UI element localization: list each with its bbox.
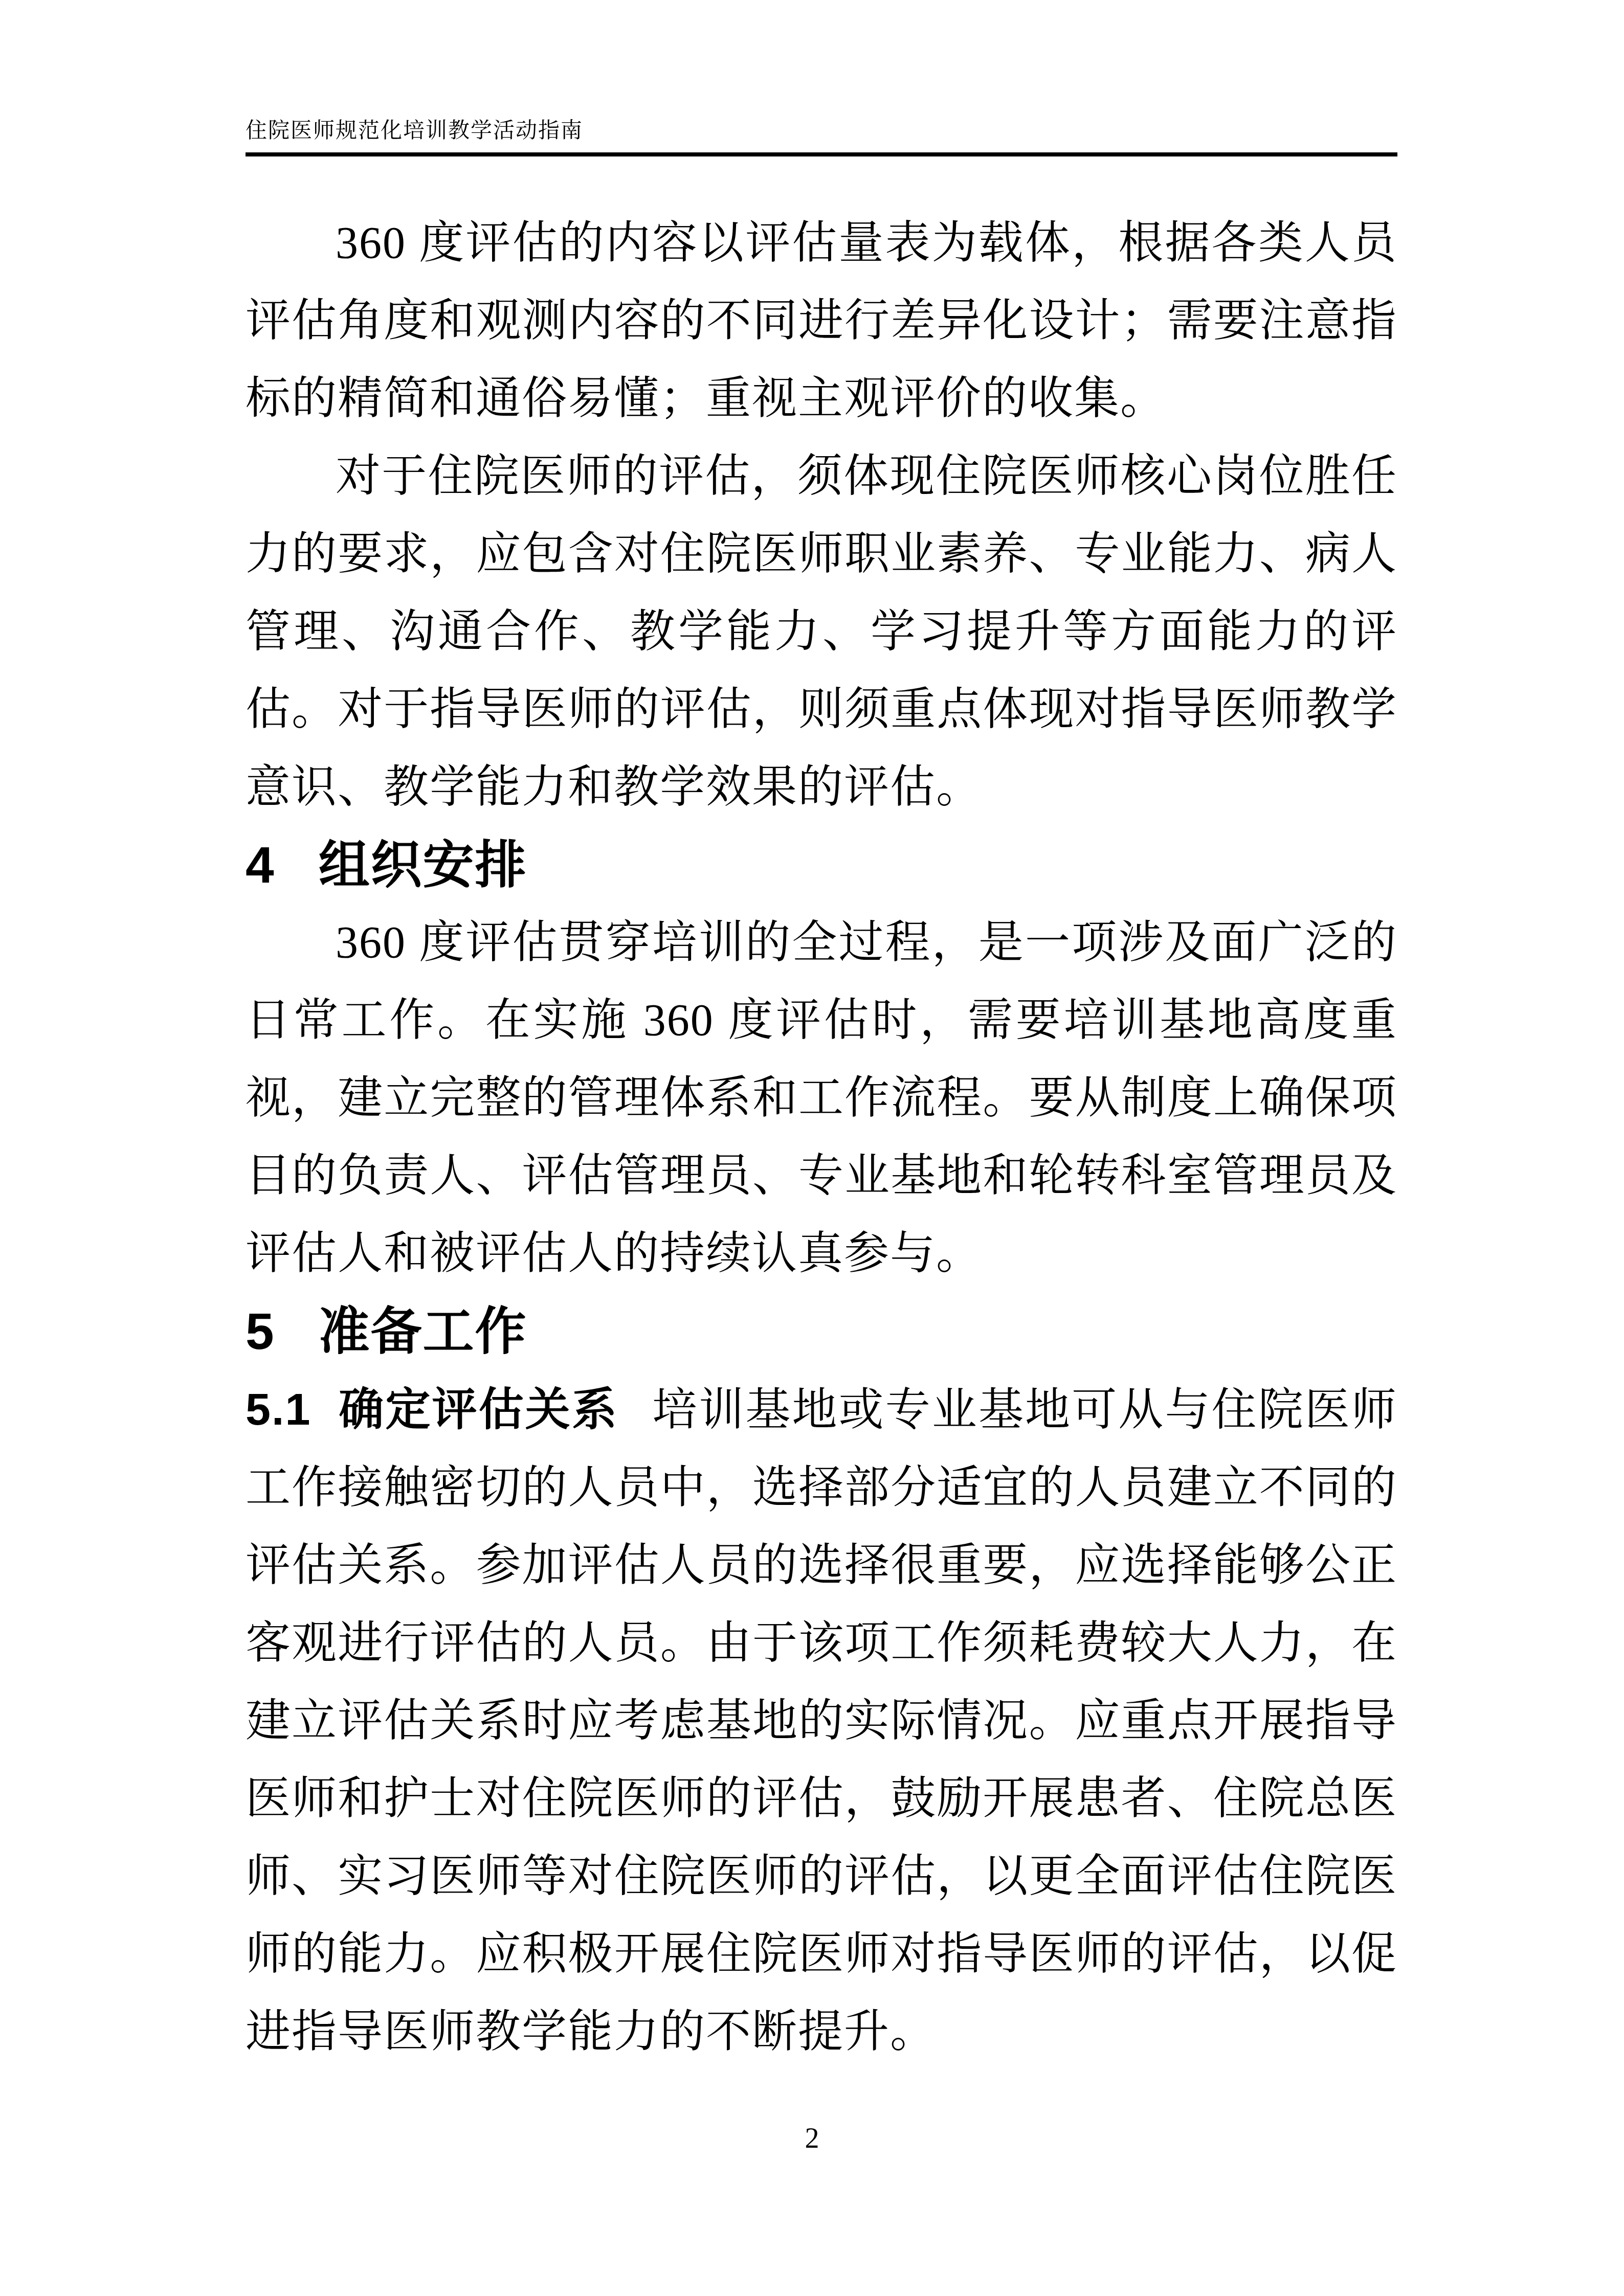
page-number: 2 (0, 2122, 1624, 2155)
section-heading-4: 4组织安排 (246, 826, 1397, 904)
page-footer: 2 (0, 2122, 1624, 2155)
page-header: 住院医师规范化培训教学活动指南 (246, 119, 1397, 156)
section-heading-5: 5准备工作 (246, 1293, 1397, 1370)
paragraph-360-content: 360 度评估的内容以评估量表为载体，根据各类人员评估角度和观测内容的不同进行差… (246, 205, 1397, 438)
section-5-number: 5 (246, 1303, 275, 1360)
header-rule (246, 152, 1397, 156)
section-5-title: 准备工作 (319, 1303, 527, 1360)
document-page: 住院医师规范化培训教学活动指南 360 度评估的内容以评估量表为载体，根据各类人… (0, 0, 1624, 2296)
subsection-5-1-title: 确定评估关系 (338, 1384, 618, 1434)
document-body: 360 度评估的内容以评估量表为载体，根据各类人员评估角度和观测内容的不同进行差… (246, 205, 1397, 2071)
subsection-5-1-text: 培训基地或专业基地可从与住院医师工作接触密切的人员中，选择部分适宜的人员建立不同… (246, 1385, 1397, 2057)
section-4-title: 组织安排 (319, 837, 527, 894)
section-4-number: 4 (246, 837, 275, 894)
paragraph-organization: 360 度评估贯穿培训的全过程，是一项涉及面广泛的日常工作。在实施 360 度评… (246, 904, 1397, 1293)
paragraph-resident-evaluation: 对于住院医师的评估，须体现住院医师核心岗位胜任力的要求，应包含对住院医师职业素养… (246, 438, 1397, 826)
running-header-title: 住院医师规范化培训教学活动指南 (246, 119, 1397, 143)
subsection-5-1-label: 5.1 (246, 1384, 311, 1434)
paragraph-5-1-evaluation-relationship: 5.1确定评估关系培训基地或专业基地可从与住院医师工作接触密切的人员中，选择部分… (246, 1370, 1397, 2071)
